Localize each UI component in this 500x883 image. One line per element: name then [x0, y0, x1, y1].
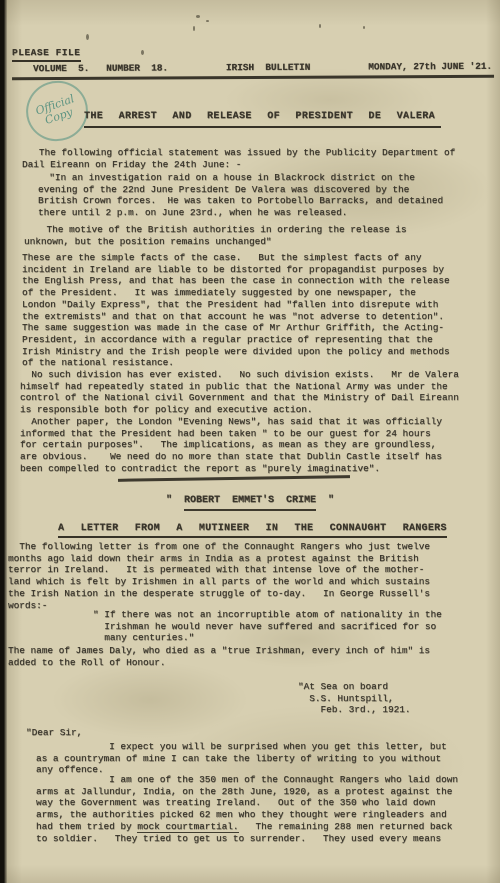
headline-open-quote: " [166, 495, 184, 506]
ink-speck [86, 34, 89, 40]
letter-paragraph-1: I expect you will be surprised when you … [36, 741, 447, 776]
ink-speck [193, 26, 195, 31]
letter-address-block: "At Sea on board S.S. Huntspill, Feb. 3r… [298, 681, 411, 716]
letter-paragraph-2-underlined-phrase: mock courtmartial. [137, 821, 238, 833]
article1-paragraph-division: No such division has ever existed. No su… [20, 369, 459, 416]
article1-headline: THE ARREST AND RELEASE OF PRESIDENT DE V… [84, 111, 441, 128]
article2-paragraph-intro: The following letter is from one of the … [8, 541, 430, 611]
ink-speck [141, 50, 144, 55]
issue-date: MONDAY, 27th JUNE '21. [368, 61, 492, 73]
ink-speck [363, 26, 365, 29]
headline-close-quote: " [316, 495, 334, 506]
article2-russell-quote: " If there was not an incorruptible atom… [93, 609, 442, 644]
article1-paragraph-intro: The following official statement was iss… [22, 147, 455, 170]
section-divider-rule [118, 475, 350, 481]
please-file-note: PLEASE FILE [12, 47, 81, 62]
ink-speck [196, 15, 200, 18]
article1-paragraph-evening-news: Another paper, the London "Evening News"… [20, 416, 442, 475]
article1-statement-quote: "In an investigation raid on a house in … [38, 172, 443, 219]
letter-paragraph-2: I am one of the 350 men of the Connaught… [36, 774, 458, 844]
ink-speck [206, 20, 209, 22]
article2-headline: " ROBERT EMMET'S CRIME " [0, 489, 500, 507]
article1-paragraph-facts: These are the simple facts of the case. … [22, 252, 450, 369]
article2-roll-of-honour: The name of James Daly, who died as a "t… [8, 645, 430, 668]
headline-text: ROBERT EMMET'S CRIME [184, 495, 316, 511]
masthead: VOLUME 5. NUMBER 18. IRISH BULLETIN MOND… [12, 61, 494, 81]
volume-number: VOLUME 5. NUMBER 18. [33, 62, 168, 74]
ink-speck [319, 24, 321, 28]
letter-salutation: "Dear Sir, [26, 727, 82, 739]
scanned-document-page: PLEASE FILE VOLUME 5. NUMBER 18. IRISH B… [0, 0, 500, 883]
scan-edge-shadow [0, 0, 7, 883]
article2-subheadline: A LETTER FROM A MUTINEER IN THE CONNAUGH… [58, 523, 447, 538]
bulletin-title: IRISH BULLETIN [226, 62, 310, 73]
article1-statement-quote-continued: The motive of the British authorities in… [24, 224, 407, 247]
